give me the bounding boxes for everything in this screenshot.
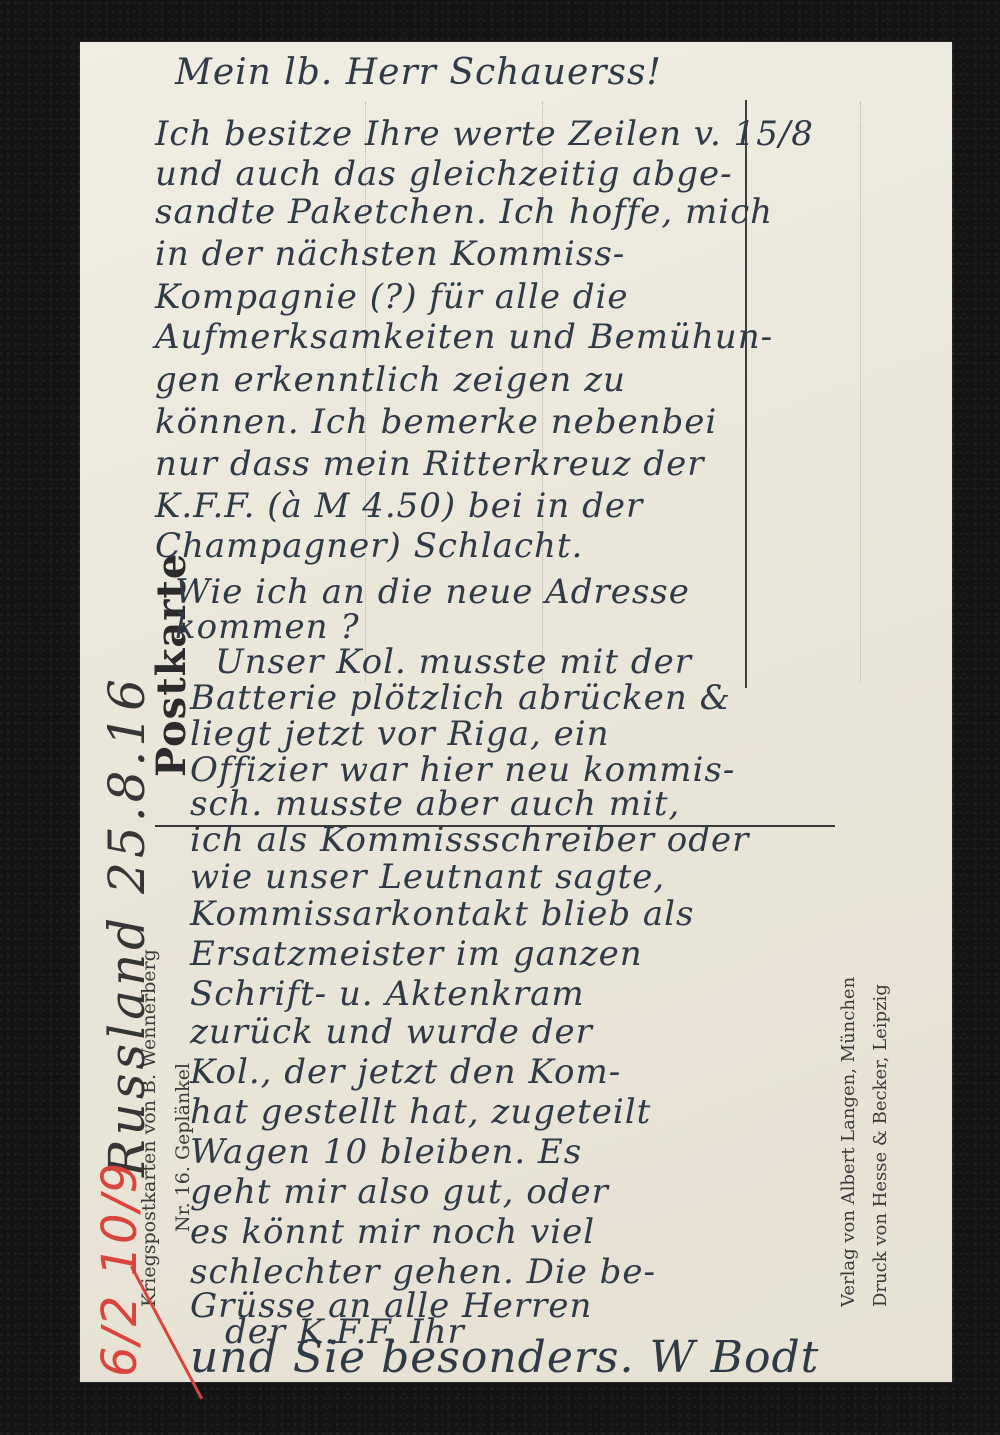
letter-line: geht mir also gut, oder (190, 1172, 609, 1212)
letter-line: gen erkenntlich zeigen zu (155, 360, 626, 400)
letter-line: kommen ? (175, 607, 360, 647)
letter-closing-signature: und Sie besonders. W Bodt (190, 1332, 819, 1383)
letter-line: Ich besitze Ihre werte Zeilen v. 15/8 (155, 114, 814, 154)
letter-line: Aufmerksamkeiten und Bemühun- (155, 317, 773, 357)
letter-line: zurück und wurde der (190, 1012, 593, 1052)
letter-line: können. Ich bemerke nebenbei (155, 402, 717, 442)
letter-line: es könnt mir noch viel (190, 1212, 595, 1252)
letter-line: Kol., der jetzt den Kom- (190, 1052, 621, 1092)
letter-line: Kompagnie (?) für alle die (155, 277, 629, 317)
letter-line: K.F.F. (à M 4.50) bei in der (155, 486, 643, 526)
letter-line: hat gestellt hat, zugeteilt (190, 1092, 651, 1132)
letter-line: Kommissarkontakt blieb als (190, 894, 695, 934)
letter-line: und auch das gleichzeitig abge- (155, 154, 733, 194)
letter-line: Schrift- u. Aktenkram (190, 974, 585, 1014)
letter-line: ich als Kommissschreiber oder (190, 820, 749, 860)
handwritten-letter: Mein lb. Herr Schauerss! Ich besitze Ihr… (80, 42, 952, 1382)
letter-line: wie unser Leutnant sagte, (190, 857, 665, 897)
letter-line: Wagen 10 bleiben. Es (190, 1132, 582, 1172)
postcard: Postkarte Kriegspostkarten von B. Wenner… (80, 42, 952, 1382)
letter-line: in der nächsten Kommiss- (155, 234, 625, 274)
letter-line: Batterie plötzlich abrücken & (190, 678, 731, 718)
letter-line: Mein lb. Herr Schauerss! (175, 52, 662, 93)
letter-line: sch. musste aber auch mit, (190, 784, 680, 824)
letter-line: Unser Kol. musste mit der (215, 642, 692, 682)
letter-line: liegt jetzt vor Riga, ein (190, 714, 610, 754)
letter-line: nur dass mein Ritterkreuz der (155, 444, 704, 484)
letter-line: Ersatzmeister im ganzen (190, 934, 643, 974)
letter-line: Wie ich an die neue Adresse (175, 572, 690, 612)
letter-line: Champagner) Schlacht. (155, 526, 583, 566)
letter-line: sandte Paketchen. Ich hoffe, mich (155, 192, 773, 232)
